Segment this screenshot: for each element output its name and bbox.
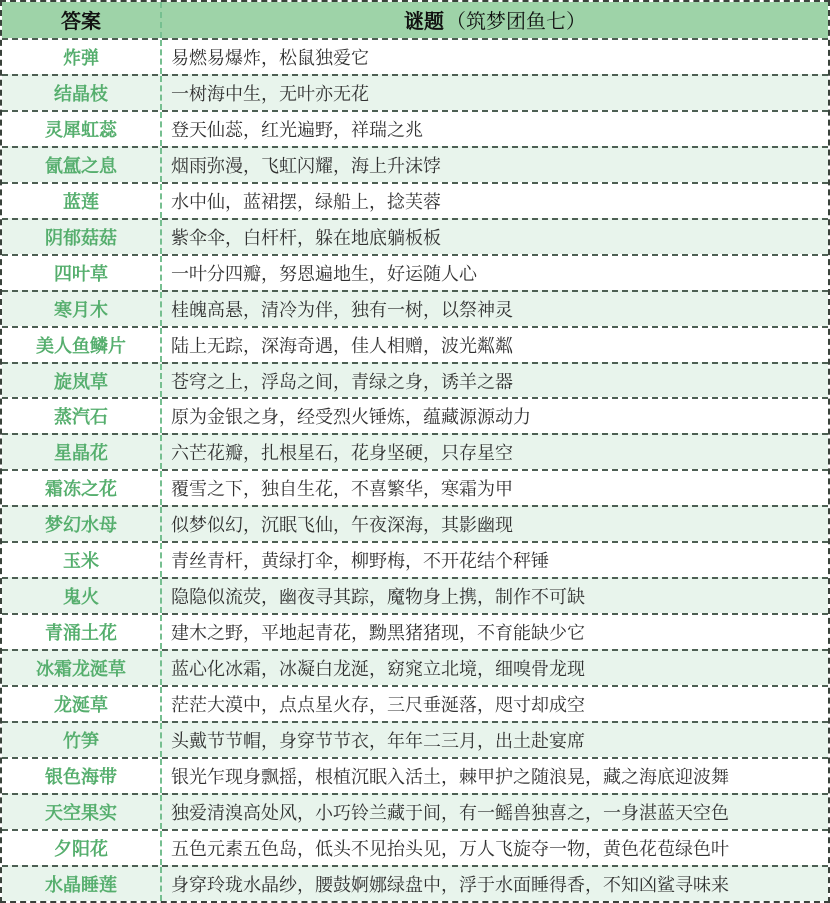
table-row: 四叶草 一叶分四瓣，努恩遍地生，好运随人心: [2, 254, 828, 290]
answer-cell: 天空果实: [2, 795, 160, 829]
table-row: 霜冻之花 覆雪之下，独自生花，不喜繁华，寒霜为甲: [2, 469, 828, 505]
header-riddle-column: 谜题 （筑梦团鱼七）: [160, 2, 828, 38]
answer-cell: 星晶花: [2, 435, 160, 469]
answer-cell: 鬼火: [2, 579, 160, 613]
riddle-cell: 易燃易爆炸，松鼠独爱它: [160, 40, 828, 74]
riddle-cell: 水中仙，蓝裙摆，绿船上，捻芙蓉: [160, 184, 828, 218]
riddle-cell: 五色元素五色岛，低头不见抬头见，万人飞旋夺一物，黄色花苞绿色叶: [160, 831, 828, 865]
answer-cell: 蓝莲: [2, 184, 160, 218]
answer-cell: 冰霜龙涎草: [2, 651, 160, 685]
answer-cell: 阴郁菇菇: [2, 220, 160, 254]
table-row: 夕阳花 五色元素五色岛，低头不见抬头见，万人飞旋夺一物，黄色花苞绿色叶: [2, 829, 828, 865]
riddle-cell: 一树海中生，无叶亦无花: [160, 76, 828, 110]
riddle-cell: 蓝心化冰霜，冰凝白龙涎，窈窕立北境，细嗅骨龙现: [160, 651, 828, 685]
table-body: 炸弹 易燃易爆炸，松鼠独爱它 结晶枝 一树海中生，无叶亦无花 灵犀虹蕊 登天仙蕊…: [2, 38, 828, 901]
riddle-cell: 烟雨弥漫，飞虹闪耀，海上升沫饽: [160, 148, 828, 182]
answer-cell: 蒸汽石: [2, 399, 160, 433]
table-row: 银色海带 银光乍现身飘摇，根植沉眠入活土，棘甲护之随浪晃，藏之海底迎波舞: [2, 757, 828, 793]
answer-cell: 梦幻水母: [2, 507, 160, 541]
riddle-cell: 原为金银之身，经受烈火锤炼，蕴藏源源动力: [160, 399, 828, 433]
riddle-cell: 登天仙蕊，红光遍野，祥瑞之兆: [160, 112, 828, 146]
riddle-cell: 茫茫大漠中，点点星火存，三尺垂涎落，咫寸却成空: [160, 687, 828, 721]
answer-cell: 水晶睡莲: [2, 867, 160, 901]
riddle-cell: 桂魄高悬，清冷为伴，独有一树，以祭神灵: [160, 292, 828, 326]
riddle-cell: 紫伞伞，白杆杆，躲在地底躺板板: [160, 220, 828, 254]
table-row: 竹笋 头戴节节帽，身穿节节衣，年年二三月，出土赴宴席: [2, 721, 828, 757]
riddle-cell: 独爱清溴高处风，小巧铃兰藏于间，有一鳐兽独喜之，一身湛蓝天空色: [160, 795, 828, 829]
riddle-cell: 头戴节节帽，身穿节节衣，年年二三月，出土赴宴席: [160, 723, 828, 757]
table-row: 冰霜龙涎草 蓝心化冰霜，冰凝白龙涎，窈窕立北境，细嗅骨龙现: [2, 649, 828, 685]
answer-cell: 寒月木: [2, 292, 160, 326]
riddle-cell: 一叶分四瓣，努恩遍地生，好运随人心: [160, 256, 828, 290]
table-row: 美人鱼鳞片 陆上无踪，深海奇遇，佳人相赠，波光粼粼: [2, 326, 828, 362]
table-row: 炸弹 易燃易爆炸，松鼠独爱它: [2, 38, 828, 74]
table-row: 阴郁菇菇 紫伞伞，白杆杆，躲在地底躺板板: [2, 218, 828, 254]
riddle-cell: 六芒花瓣，扎根星石，花身坚硬，只存星空: [160, 435, 828, 469]
header-answer-column: 答案: [2, 2, 160, 38]
table-row: 玉米 青丝青杆，黄绿打伞，柳野梅，不开花结个秤锤: [2, 541, 828, 577]
riddle-cell: 银光乍现身飘摇，根植沉眠入活土，棘甲护之随浪晃，藏之海底迎波舞: [160, 759, 828, 793]
table-row: 寒月木 桂魄高悬，清冷为伴，独有一树，以祭神灵: [2, 290, 828, 326]
riddle-cell: 似梦似幻，沉眠飞仙，午夜深海，其影幽现: [160, 507, 828, 541]
riddle-cell: 青丝青杆，黄绿打伞，柳野梅，不开花结个秤锤: [160, 543, 828, 577]
table-row: 旋岚草 苍穹之上，浮岛之间，青绿之身，诱羊之器: [2, 362, 828, 398]
riddle-header-title: 谜题: [404, 5, 444, 34]
answer-cell: 炸弹: [2, 40, 160, 74]
table-row: 星晶花 六芒花瓣，扎根星石，花身坚硬，只存星空: [2, 433, 828, 469]
answer-cell: 旋岚草: [2, 364, 160, 398]
answer-cell: 四叶草: [2, 256, 160, 290]
table-row: 氤氲之息 烟雨弥漫，飞虹闪耀，海上升沫饽: [2, 146, 828, 182]
riddle-header-subtitle: （筑梦团鱼七）: [446, 5, 586, 34]
table-row: 水晶睡莲 身穿玲珑水晶纱，腰鼓婀娜绿盘中，浮于水面睡得香，不知凶鲨寻味来: [2, 865, 828, 901]
table-header-row: 答案 谜题 （筑梦团鱼七）: [2, 2, 828, 38]
answer-cell: 龙涎草: [2, 687, 160, 721]
answer-cell: 夕阳花: [2, 831, 160, 865]
answer-cell: 霜冻之花: [2, 471, 160, 505]
riddle-cell: 苍穹之上，浮岛之间，青绿之身，诱羊之器: [160, 364, 828, 398]
table-row: 蒸汽石 原为金银之身，经受烈火锤炼，蕴藏源源动力: [2, 397, 828, 433]
riddle-cell: 陆上无踪，深海奇遇，佳人相赠，波光粼粼: [160, 328, 828, 362]
table-row: 青涌土花 建木之野，平地起青花，黝黑猪猪现，不育能缺少它: [2, 613, 828, 649]
answer-cell: 灵犀虹蕊: [2, 112, 160, 146]
table-row: 蓝莲 水中仙，蓝裙摆，绿船上，捻芙蓉: [2, 182, 828, 218]
answer-cell: 竹笋: [2, 723, 160, 757]
table-row: 结晶枝 一树海中生，无叶亦无花: [2, 74, 828, 110]
answer-cell: 结晶枝: [2, 76, 160, 110]
answer-cell: 美人鱼鳞片: [2, 328, 160, 362]
riddle-answer-table: 答案 谜题 （筑梦团鱼七） 炸弹 易燃易爆炸，松鼠独爱它 结晶枝 一树海中生，无…: [0, 0, 830, 903]
answer-cell: 青涌土花: [2, 615, 160, 649]
table-row: 梦幻水母 似梦似幻，沉眠飞仙，午夜深海，其影幽现: [2, 505, 828, 541]
riddle-cell: 隐隐似流荧，幽夜寻其踪，魔物身上携，制作不可缺: [160, 579, 828, 613]
table-row: 鬼火 隐隐似流荧，幽夜寻其踪，魔物身上携，制作不可缺: [2, 577, 828, 613]
table-row: 天空果实 独爱清溴高处风，小巧铃兰藏于间，有一鳐兽独喜之，一身湛蓝天空色: [2, 793, 828, 829]
table-row: 龙涎草 茫茫大漠中，点点星火存，三尺垂涎落，咫寸却成空: [2, 685, 828, 721]
answer-cell: 氤氲之息: [2, 148, 160, 182]
riddle-cell: 身穿玲珑水晶纱，腰鼓婀娜绿盘中，浮于水面睡得香，不知凶鲨寻味来: [160, 867, 828, 901]
answer-cell: 玉米: [2, 543, 160, 577]
riddle-cell: 覆雪之下，独自生花，不喜繁华，寒霜为甲: [160, 471, 828, 505]
table-row: 灵犀虹蕊 登天仙蕊，红光遍野，祥瑞之兆: [2, 110, 828, 146]
answer-cell: 银色海带: [2, 759, 160, 793]
riddle-cell: 建木之野，平地起青花，黝黑猪猪现，不育能缺少它: [160, 615, 828, 649]
